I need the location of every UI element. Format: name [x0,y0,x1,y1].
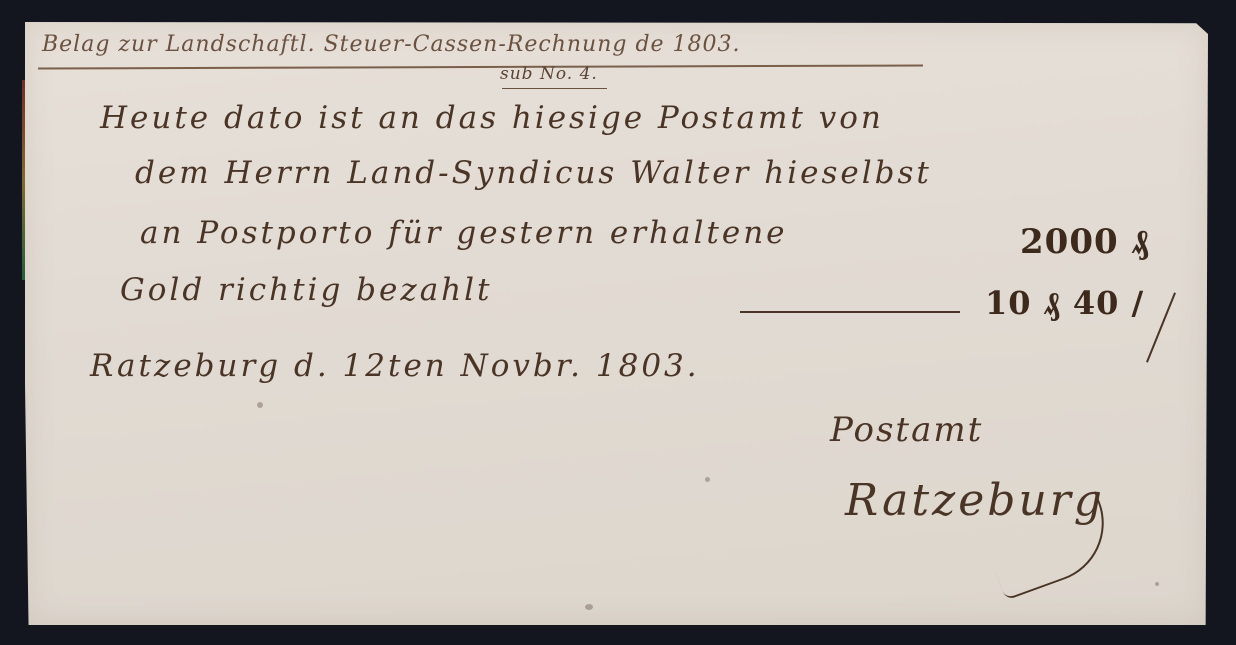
scan-edge-artifact [22,80,25,280]
annotation-underline [502,88,607,89]
body-line-1: Heute dato ist an das hiesige Postamt vo… [100,100,884,136]
paper-speck [585,604,593,610]
paper-speck [1155,582,1159,586]
reference-annotation: sub No. 4. [500,64,598,84]
body-line-2: dem Herrn Land-Syndicus Walter hieselbst [135,155,932,191]
document-heading: Belag zur Landschaftl. Steuer-Cassen-Rec… [42,32,741,57]
amount-paid: 10 ₰ 40 / [985,284,1144,322]
paper-speck [257,402,263,408]
amount-received: 2000 ₰ [1020,222,1149,262]
place-date-line: Ratzeburg d. 12ten Novbr. 1803. [90,348,700,384]
fill-line [740,311,960,313]
body-line-3: an Postporto für gestern erhaltene [140,215,788,251]
paper-speck [705,477,710,482]
signature-line-1: Postamt [830,410,983,450]
body-line-4: Gold richtig bezahlt [120,272,493,308]
